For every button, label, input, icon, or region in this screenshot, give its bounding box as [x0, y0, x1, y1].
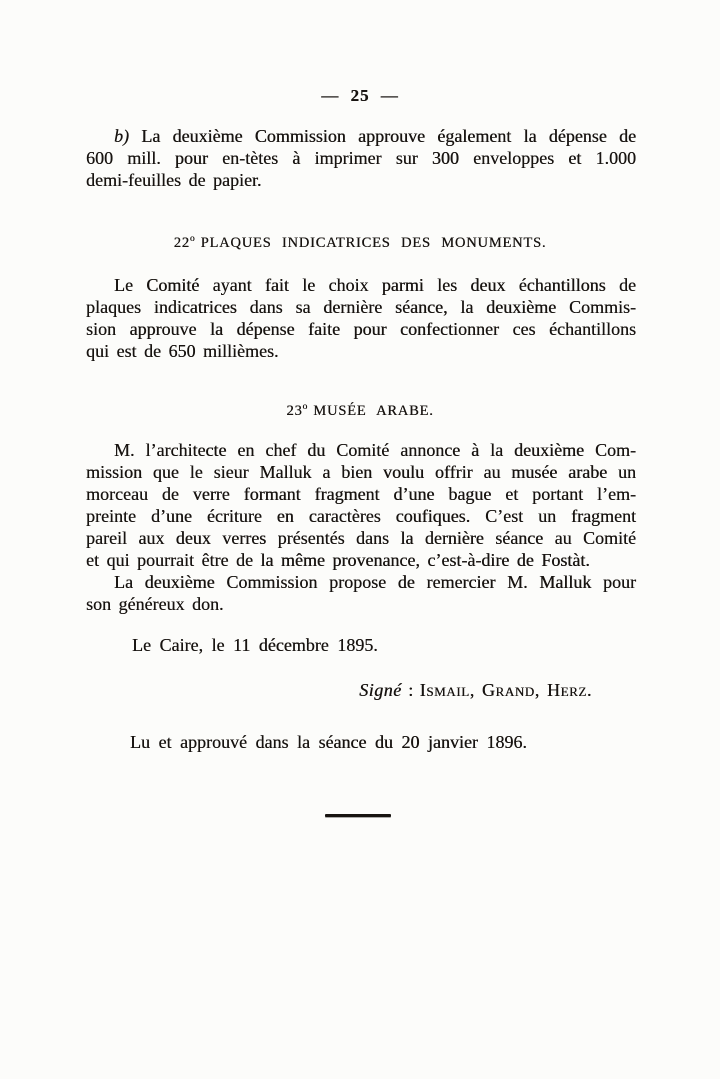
section-number: 22 — [174, 235, 190, 251]
signature-names: Ismail, Grand, Herz. — [420, 680, 592, 700]
text-line: preinte d’une écriture en caractères cou… — [86, 505, 636, 527]
page-number: — 25 — — [0, 86, 720, 106]
section-title: MUSÉE ARABE. — [313, 403, 433, 419]
paragraph-b: b) La deuxième Commission approuve égale… — [86, 125, 636, 191]
paragraph-marker: b) — [114, 126, 129, 146]
section-title: PLAQUES INDICATRICES DES MONUMENTS. — [201, 235, 547, 251]
approval-line: Lu et approuvé dans la séance du 20 janv… — [130, 731, 527, 753]
text-line: Le Comité ayant fait le choix parmi les … — [86, 274, 636, 296]
text-line: qui est de 650 millièmes. — [86, 340, 636, 362]
section-22-paragraph: Le Comité ayant fait le choix parmi les … — [86, 274, 636, 362]
text-line: b) La deuxième Commission approuve égale… — [86, 125, 636, 147]
section-22-heading: 22oPLAQUES INDICATRICES DES MONUMENTS. — [0, 229, 720, 249]
end-rule-divider — [325, 814, 391, 817]
text-line: demi-feuilles de papier. — [86, 169, 636, 191]
text-line: plaques indicatrices dans sa dernière sé… — [86, 296, 636, 318]
section-23-paragraph-2: La deuxième Commission propose de remerc… — [86, 571, 636, 615]
text-line: son généreux don. — [86, 593, 636, 615]
text-line: pareil aux deux verres présentés dans la… — [86, 527, 636, 549]
signature-line: Signé : Ismail, Grand, Herz. — [86, 679, 592, 701]
section-ordinal: o — [190, 234, 195, 244]
text-line: M. l’architecte en chef du Comité annonc… — [86, 439, 636, 461]
dateline: Le Caire, le 11 décembre 1895. — [132, 634, 378, 656]
section-23-paragraph-1: M. l’architecte en chef du Comité annonc… — [86, 439, 636, 571]
signature-label: Signé — [359, 680, 402, 700]
text-line: 600 mill. pour en-tètes à imprimer sur 3… — [86, 147, 636, 169]
text-line: mission que le sieur Malluk a bien voulu… — [86, 461, 636, 483]
scanned-document-page: — 25 — b) La deuxième Commission approuv… — [0, 0, 720, 1079]
text-line: La deuxième Commission propose de remerc… — [86, 571, 636, 593]
text-line: morceau de verre formant fragment d’une … — [86, 483, 636, 505]
section-ordinal: o — [303, 402, 308, 412]
section-number: 23 — [286, 403, 302, 419]
text-line: sion approuve la dépense faite pour conf… — [86, 318, 636, 340]
text-segment: La deuxième Commission approuve égalemen… — [141, 126, 636, 146]
signature-colon: : — [402, 680, 420, 700]
text-line: et qui pourrait être de la même provenan… — [86, 549, 636, 571]
section-23-heading: 23oMUSÉE ARABE. — [0, 397, 720, 417]
